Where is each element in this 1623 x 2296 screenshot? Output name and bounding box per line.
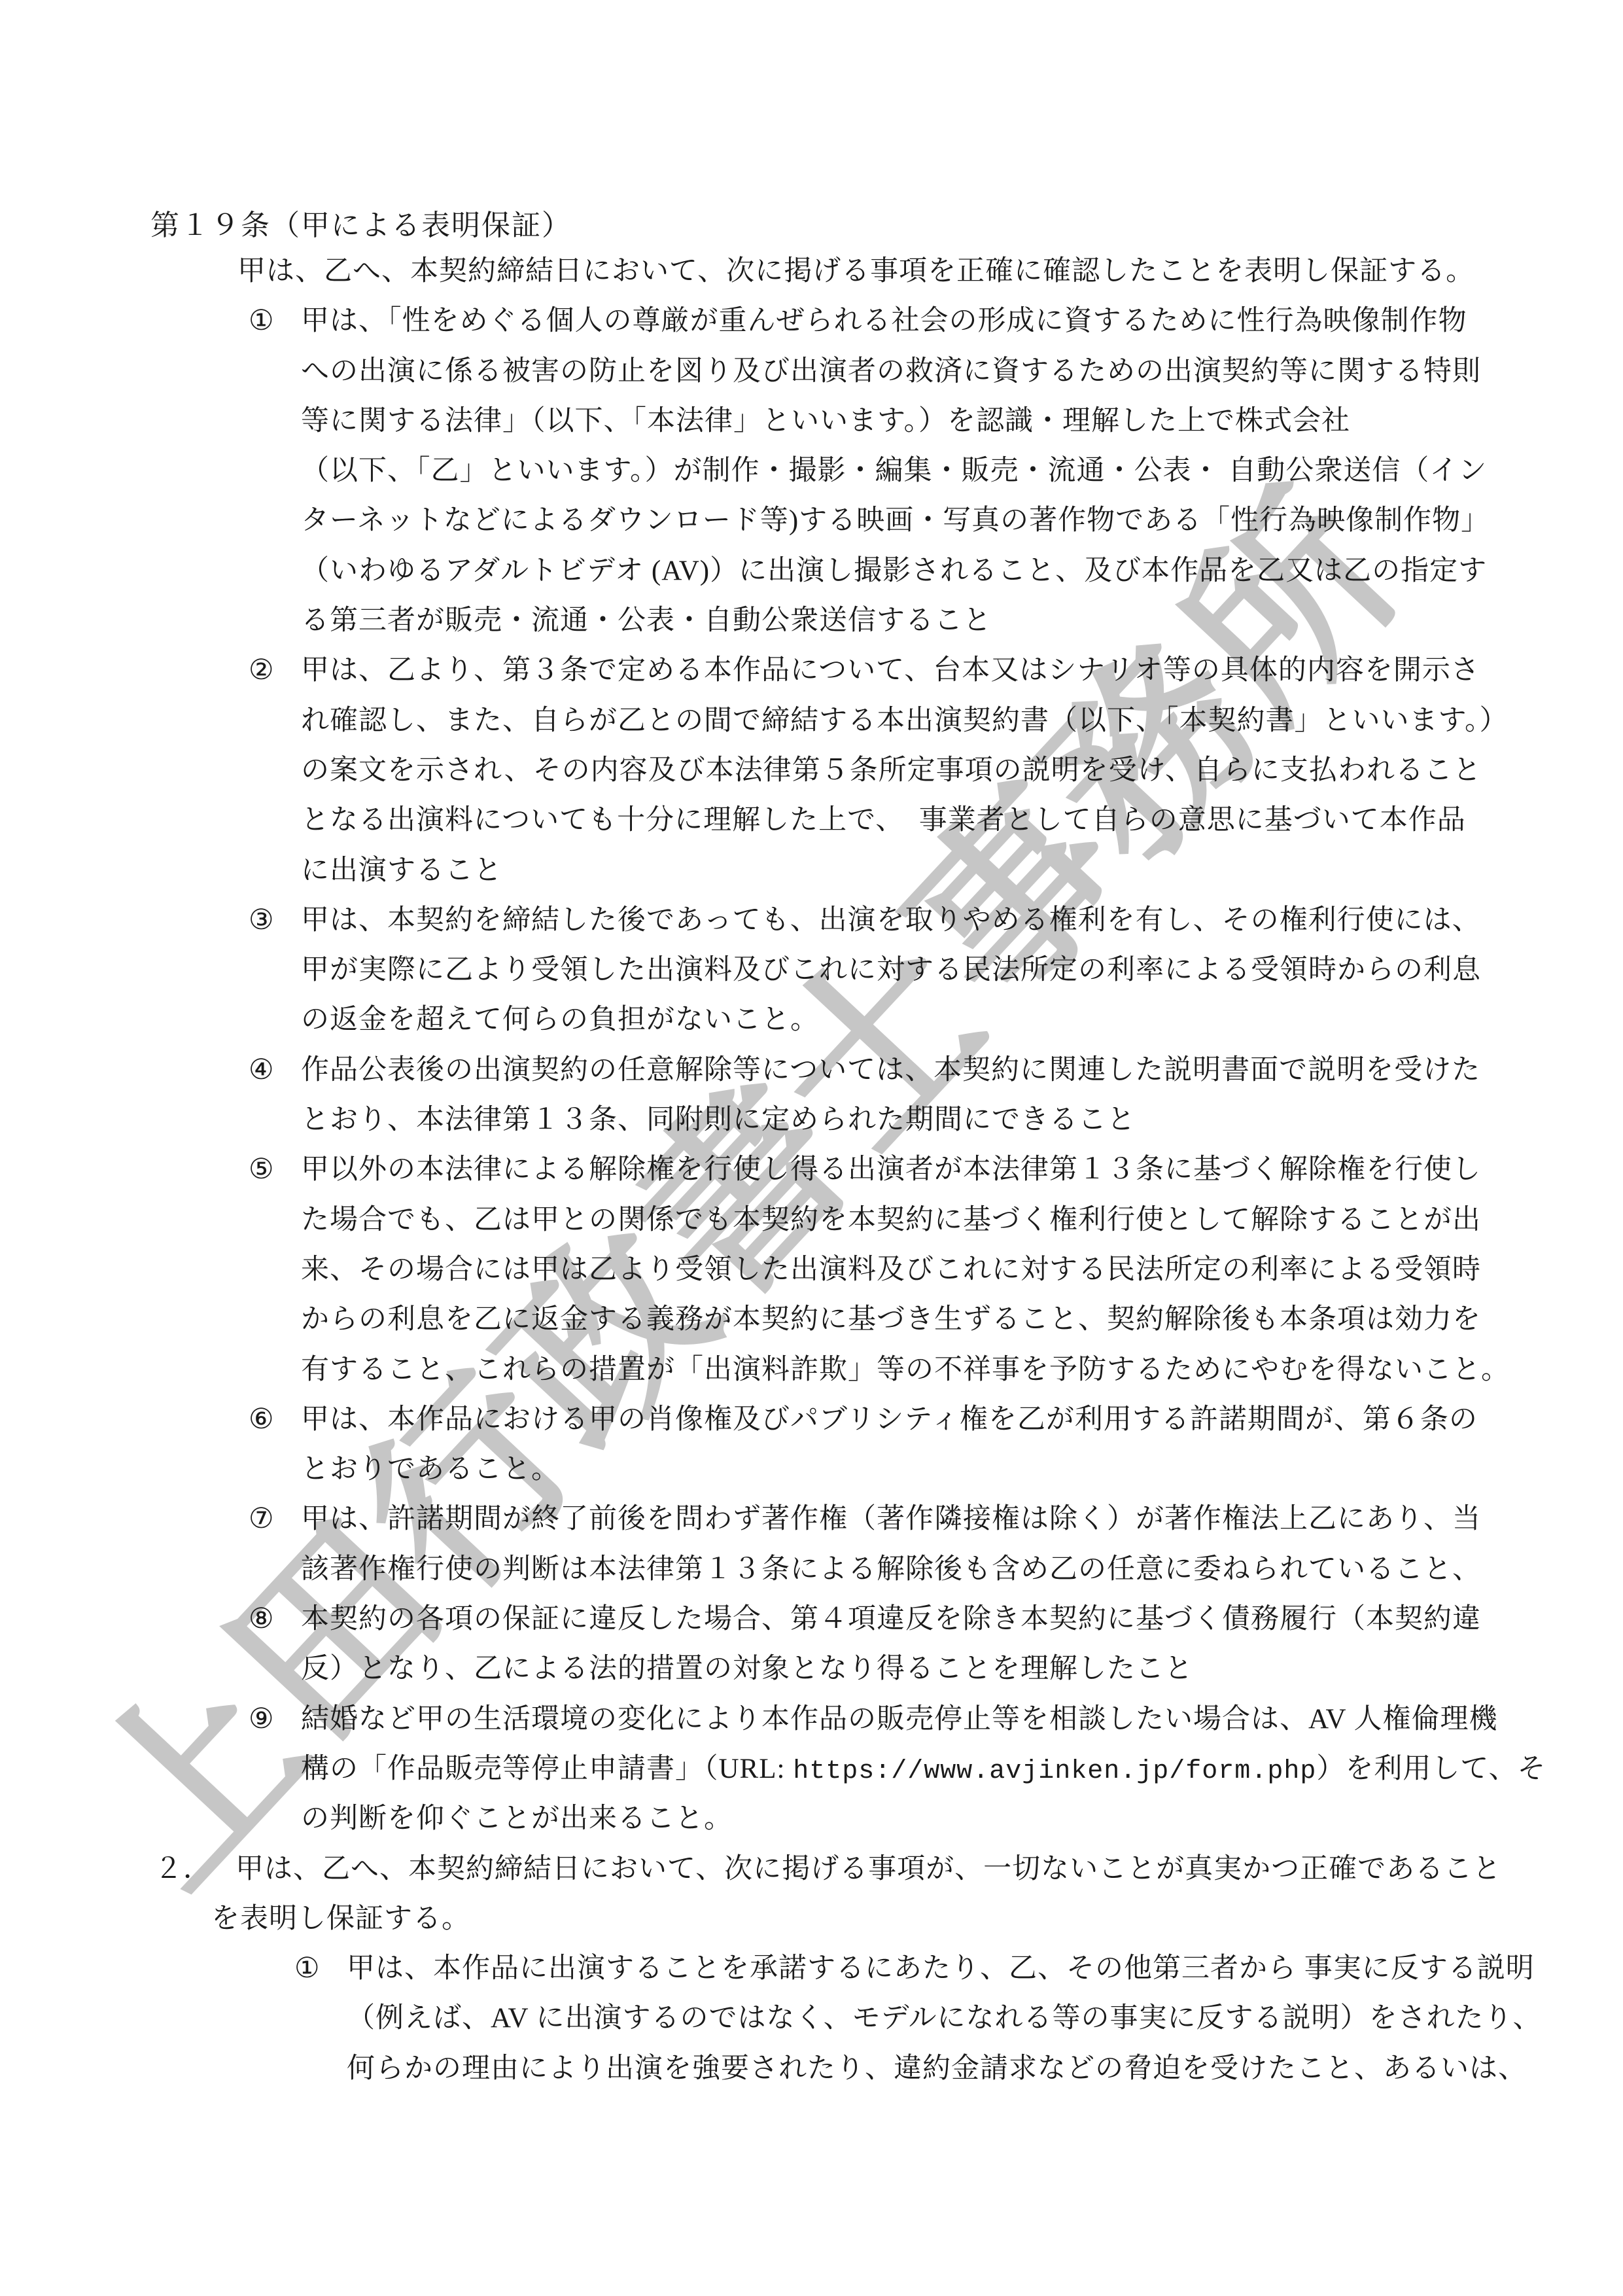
section1-item3-line: 甲が実際に乙より受領した出演料及びこれに対する民法所定の利率による受領時からの利… [0, 945, 1623, 995]
section1-item2-line: の案文を示され、その内容及び本法律第５条所定事項の説明を受け、自らに支払われるこ… [0, 746, 1623, 796]
item-marker: ⑦ [249, 1494, 275, 1544]
section1-item2-line: 甲は、乙より、第３条で定める本作品について、台本又はシナリオ等の具体的内容を開示… [0, 646, 1623, 696]
section1-item1-line: （以下、「乙」といいます。）が制作・撮影・編集・販売・流通・公表・ 自動公衆送信… [0, 446, 1623, 496]
section2-item1-line: 甲は、本作品に出演することを承諾するにあたり、乙、その他第三者から 事実に反する… [0, 1944, 1623, 1994]
section1-item5-line: た場合でも、乙は甲との関係でも本契約を本契約に基づく権利行使として解除することが… [0, 1195, 1623, 1245]
section1-item1-line: る第三者が販売・流通・公表・自動公衆送信すること [0, 596, 1623, 646]
item-marker: ④ [249, 1046, 275, 1095]
item-marker: ③ [249, 896, 275, 945]
url-text: https://www.avjinken.jp/form.php [793, 1757, 1316, 1786]
section1-item7-line: 該著作権行使の判断は本法律第１３条による解除後も含め乙の任意に委ねられていること… [0, 1545, 1623, 1595]
section1-item1-line: （いわゆるアダルトビデオ (AV)）に出演し撮影されること、及び本作品を乙又は乙… [0, 546, 1623, 596]
section1-item3-line: の返金を超えて何らの負担がないこと。 [0, 995, 1623, 1045]
section1-item9-line: 構の「作品販売等停止申請書」（URL: https://www.avjinken… [0, 1744, 1623, 1794]
section1-item5-line: 有すること、これらの措置が「出演料詐欺」等の不祥事を予防するためにやむを得ないこ… [0, 1345, 1623, 1395]
section2-intro-line: 甲は、乙へ、本契約締結日において、次に掲げる事項が、一切ないことが真実かつ正確で… [0, 1845, 1623, 1894]
section1-item2-line: となる出演料についても十分に理解した上で、 事業者として自らの意思に基づいて本作… [0, 796, 1623, 845]
section1-item7-line: 甲は、許諾期間が終了前後を問わず著作権（著作隣接権は除く）が著作権法上乙にあり、… [0, 1494, 1623, 1544]
item-marker: ② [249, 646, 275, 696]
section1-item2-line: に出演すること [0, 846, 1623, 896]
contract-content: 第１９条（甲による表明保証） 甲は、乙へ、本契約締結日において、次に掲げる事項を… [0, 0, 1623, 2296]
section1-item6-line: 甲は、本作品における甲の肖像権及びパブリシティ権を乙が利用する許諾期間が、第６条… [0, 1395, 1623, 1445]
section1-item2-line: れ確認し、また、自らが乙との間で締結する本出演契約書（以下、「本契約書」といいま… [0, 696, 1623, 746]
item-marker: ⑥ [249, 1395, 275, 1445]
article-heading: 第１９条（甲による表明保証） [150, 202, 572, 243]
item-marker: ① [249, 296, 275, 346]
item-marker: ⑨ [249, 1695, 275, 1744]
item-marker: ⑤ [249, 1145, 275, 1195]
section1-item1-line: への出演に係る被害の防止を図り及び出演者の救済に資するための出演契約等に関する特… [0, 347, 1623, 397]
section2-item1-line: （例えば、AV に出演するのではなく、モデルになれる等の事実に反する説明）をされ… [0, 1994, 1623, 2043]
item-marker: ① [294, 1944, 321, 1994]
item-marker: ２． [154, 1845, 212, 1894]
section2-item1-line: 何らかの理由により出演を強要されたり、違約金請求などの脅迫を受けたこと、あるいは… [0, 2044, 1623, 2094]
section2-intro-line: を表明し保証する。 [0, 1894, 1623, 1944]
article-body: 甲は、乙へ、本契約締結日において、次に掲げる事項を正確に確認したことを表明し保証… [0, 247, 1623, 2094]
section1-item5-line: からの利息を乙に返金する義務が本契約に基づき生ずること、契約解除後も本条項は効力… [0, 1295, 1623, 1345]
section1-intro-line: 甲は、乙へ、本契約締結日において、次に掲げる事項を正確に確認したことを表明し保証… [0, 247, 1623, 296]
section1-item3-line: 甲は、本契約を締結した後であっても、出演を取りやめる権利を有し、その権利行使には… [0, 896, 1623, 945]
section1-item4-line: とおり、本法律第１３条、同附則に定められた期間にできること [0, 1095, 1623, 1145]
section1-item1-line: ターネットなどによるダウンロード等)する映画・写真の著作物である「性行為映像制作… [0, 496, 1623, 546]
section1-item4-line: 作品公表後の出演契約の任意解除等については、本契約に関連した説明書面で説明を受け… [0, 1046, 1623, 1095]
section1-item9-line: 結婚など甲の生活環境の変化により本作品の販売停止等を相談したい場合は、AV 人権… [0, 1695, 1623, 1744]
section1-item5-line: 来、その場合には甲は乙より受領した出演料及びこれに対する民法所定の利率による受領… [0, 1245, 1623, 1295]
section1-item1-line: 甲は、「性をめぐる個人の尊厳が重んぜられる社会の形成に資するために性行為映像制作… [0, 296, 1623, 346]
section1-item1-line: 等に関する法律」（以下、「本法律」といいます。）を認識・理解した上で株式会社 [0, 397, 1623, 446]
section1-item6-line: とおりであること。 [0, 1445, 1623, 1494]
item-marker: ⑧ [249, 1595, 275, 1644]
section1-item8-line: 本契約の各項の保証に違反した場合、第４項違反を除き本契約に基づく債務履行（本契約… [0, 1595, 1623, 1644]
section1-item8-line: 反）となり、乙による法的措置の対象となり得ることを理解したこと [0, 1644, 1623, 1694]
contract-page: 上田行政書士事務所 第１９条（甲による表明保証） 甲は、乙へ、本契約締結日におい… [0, 0, 1623, 2296]
section1-item9-line: の判断を仰ぐことが出来ること。 [0, 1794, 1623, 1844]
section1-item5-line: 甲以外の本法律による解除権を行使し得る出演者が本法律第１３条に基づく解除権を行使… [0, 1145, 1623, 1195]
